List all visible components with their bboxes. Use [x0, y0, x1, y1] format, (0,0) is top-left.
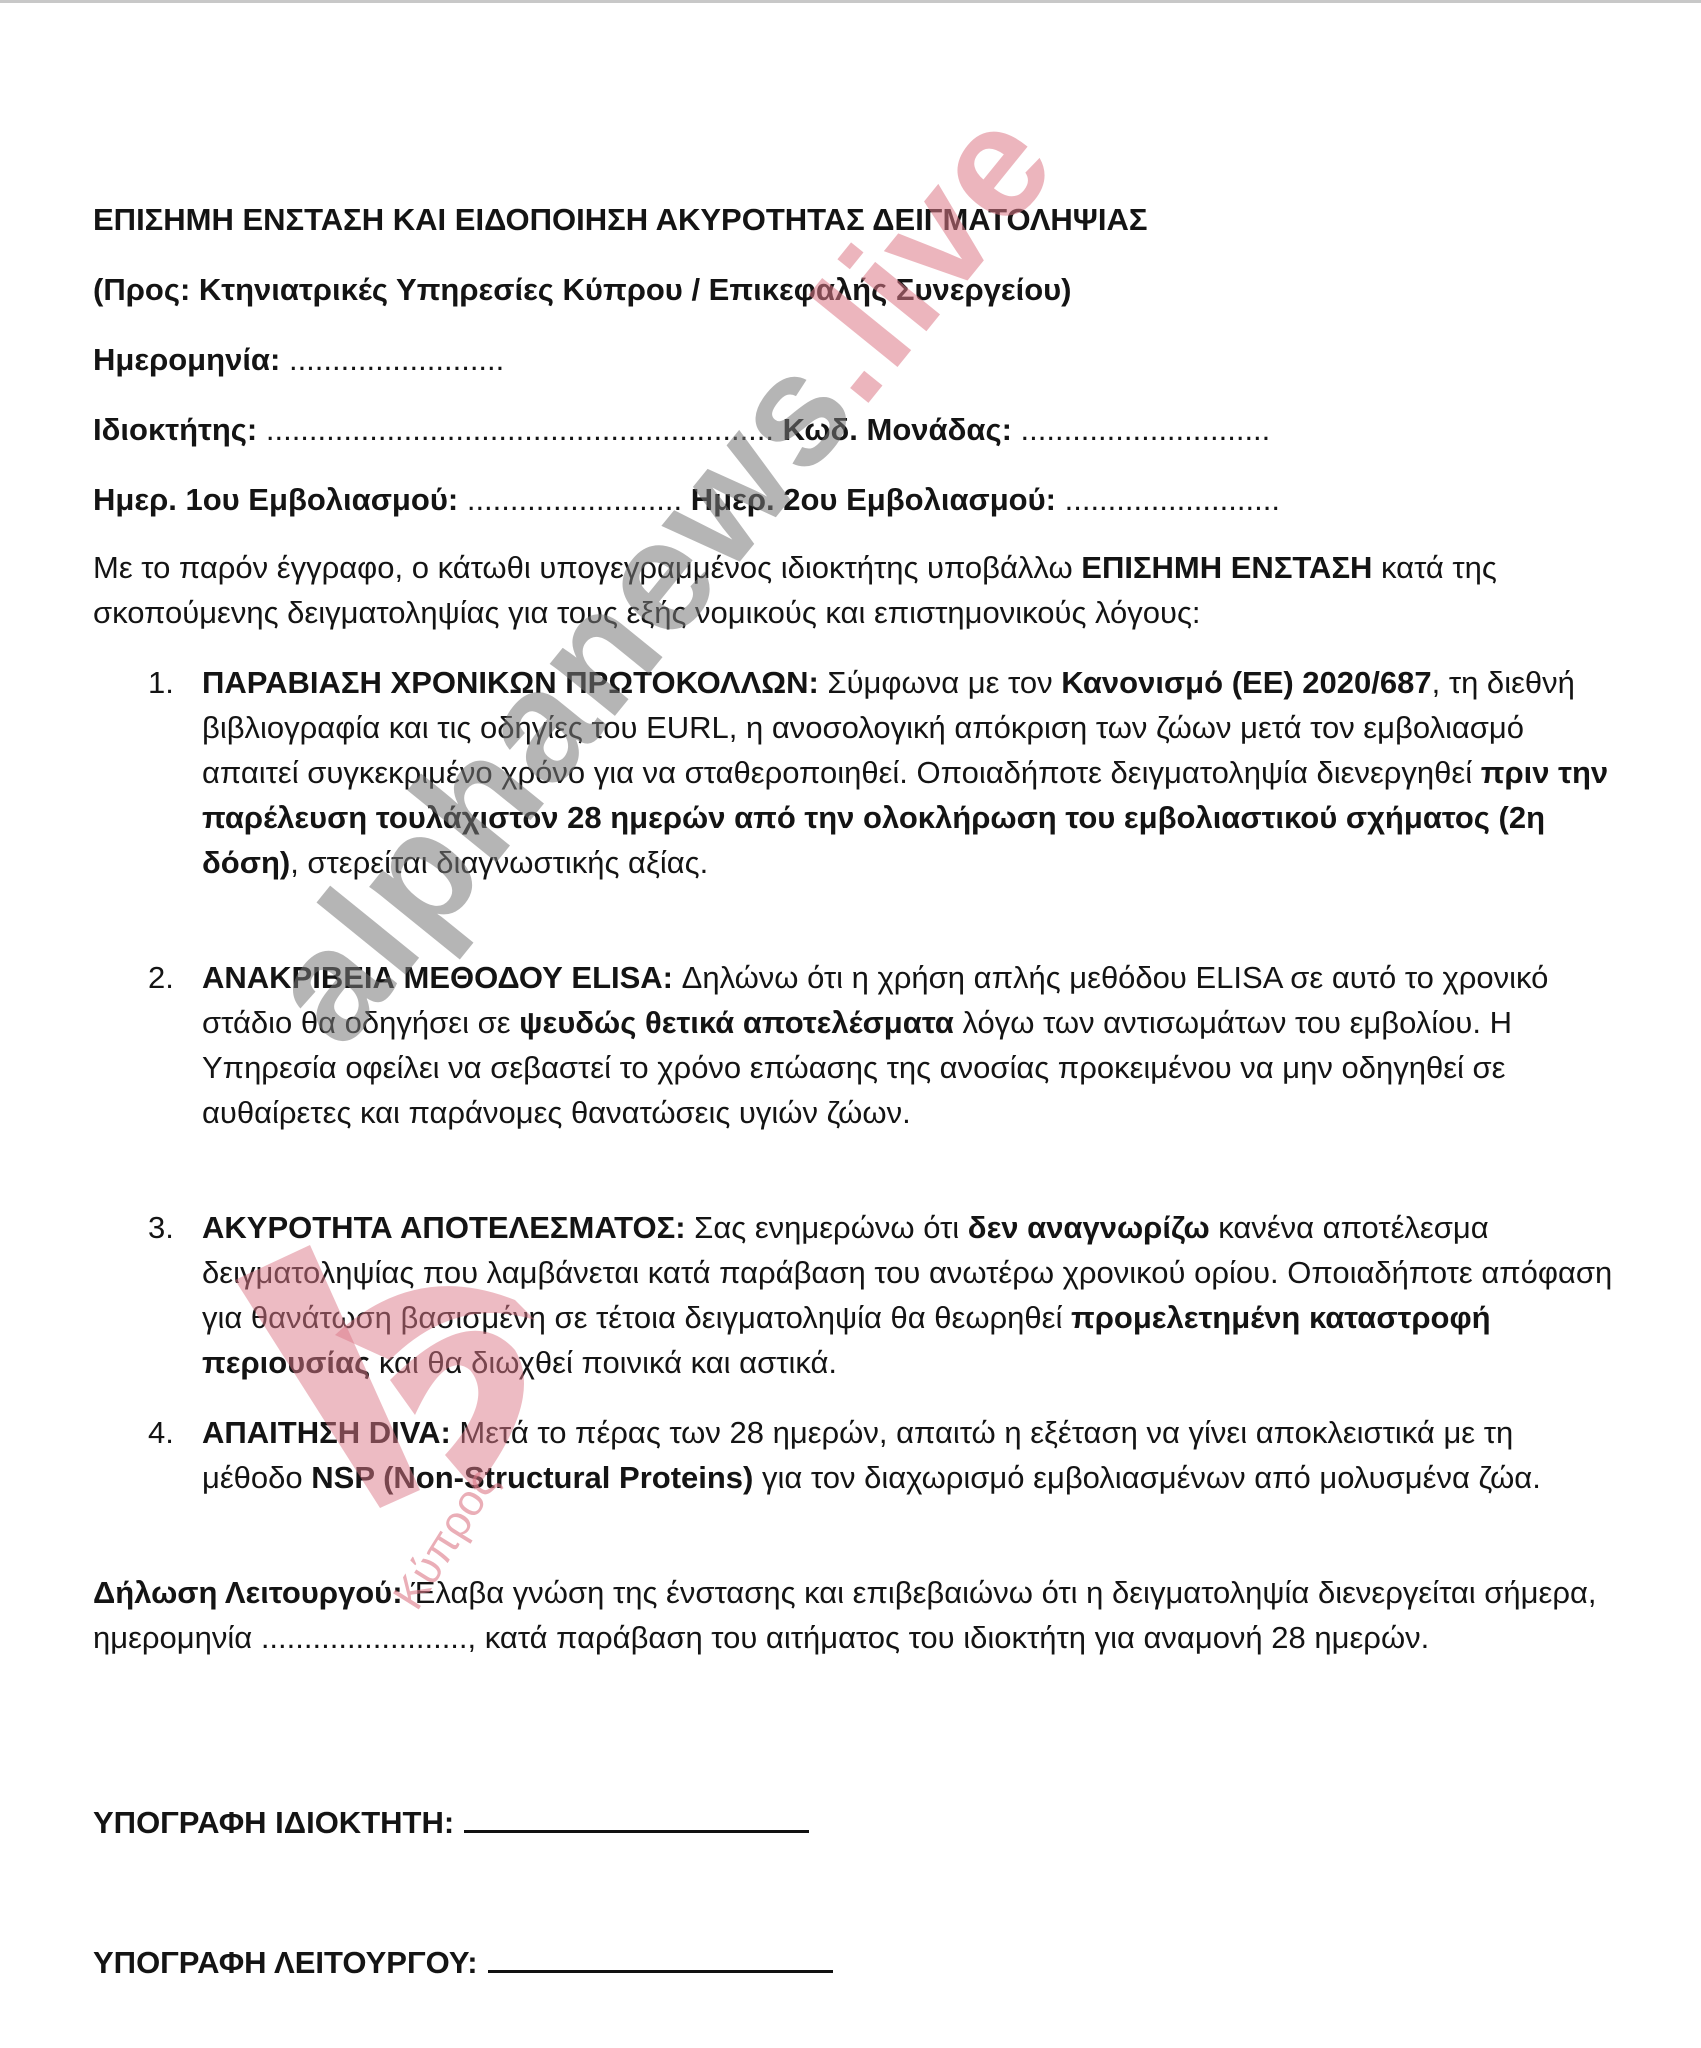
item-heading: ΑΝΑΚΡΙΒΕΙΑ ΜΕΘΟΔΟΥ ELISA:: [202, 960, 673, 995]
item-text: και θα διωχθεί ποινικά και αστικά.: [370, 1345, 837, 1380]
vacc2-value: .........................: [1065, 482, 1280, 517]
owner-value: ........................................…: [266, 412, 774, 447]
owner-unit-field: Ιδιοκτήτης: ............................…: [93, 407, 1270, 452]
list-item-4: 4. ΑΠΑΙΤΗΣΗ DIVA: Μετά το πέρας των 28 η…: [148, 1410, 1618, 1500]
intro-text: Με το παρόν έγγραφο, ο κάτωθι υπογεγραμμ…: [93, 550, 1081, 585]
officer-declaration: Δήλωση Λειτουργού: Έλαβα γνώση της ένστα…: [93, 1570, 1623, 1660]
owner-signature: ΥΠΟΓΡΑΦΗ ΙΔΙΟΚΤΗΤΗ:: [93, 1800, 809, 1845]
list-number: 2.: [148, 955, 174, 1000]
list-number: 1.: [148, 660, 174, 705]
item-text: Σας ενημερώνω ότι: [686, 1210, 968, 1245]
item-heading: ΑΚΥΡΟΤΗΤΑ ΑΠΟΤΕΛΕΣΜΑΤΟΣ:: [202, 1210, 686, 1245]
owner-signature-line[interactable]: [464, 1800, 809, 1833]
item-heading: ΠΑΡΑΒΙΑΣΗ ΧΡΟΝΙΚΩΝ ΠΡΩΤΟΚΟΛΛΩΝ:: [202, 665, 819, 700]
item-emphasis: Κανονισμό (ΕΕ) 2020/687: [1061, 665, 1431, 700]
officer-signature-label: ΥΠΟΓΡΑΦΗ ΛΕΙΤΟΥΡΓΟΥ:: [93, 1945, 478, 1980]
vacc2-label: Ημερ. 2ου Εμβολιασμού:: [691, 482, 1056, 517]
page-top-border: [0, 0, 1701, 3]
item-emphasis: δεν αναγνωρίζω: [968, 1210, 1210, 1245]
list-number: 4.: [148, 1410, 174, 1455]
officer-signature: ΥΠΟΓΡΑΦΗ ΛΕΙΤΟΥΡΓΟΥ:: [93, 1940, 833, 1985]
list-item-3: 3. ΑΚΥΡΟΤΗΤΑ ΑΠΟΤΕΛΕΣΜΑΤΟΣ: Σας ενημερών…: [148, 1205, 1618, 1385]
item-text: , στερείται διαγνωστικής αξίας.: [290, 845, 708, 880]
date-value: .........................: [289, 342, 504, 377]
vaccination-dates-field: Ημερ. 1ου Εμβολιασμού: .................…: [93, 477, 1280, 522]
list-number: 3.: [148, 1205, 174, 1250]
owner-signature-label: ΥΠΟΓΡΑΦΗ ΙΔΙΟΚΤΗΤΗ:: [93, 1805, 454, 1840]
list-item-1: 1. ΠΑΡΑΒΙΑΣΗ ΧΡΟΝΙΚΩΝ ΠΡΩΤΟΚΟΛΛΩΝ: Σύμφω…: [148, 660, 1618, 885]
unit-code-value: .............................: [1021, 412, 1271, 447]
list-item-2: 2. ΑΝΑΚΡΙΒΕΙΑ ΜΕΘΟΔΟΥ ELISA: Δηλώνω ότι …: [148, 955, 1618, 1135]
intro-emphasis: ΕΠΙΣΗΜΗ ΕΝΣΤΑΣΗ: [1081, 550, 1372, 585]
watermark-suffix: .live: [751, 75, 1088, 432]
item-emphasis: NSP (Non-Structural Proteins): [311, 1460, 753, 1495]
item-heading: ΑΠΑΙΤΗΣΗ DIVA:: [202, 1415, 451, 1450]
vacc1-label: Ημερ. 1ου Εμβολιασμού:: [93, 482, 458, 517]
recipient-line: (Προς: Κτηνιατρικές Υπηρεσίες Κύπρου / Ε…: [93, 267, 1072, 312]
item-emphasis: ψευδώς θετικά αποτελέσματα: [519, 1005, 954, 1040]
vacc1-value: .........................: [467, 482, 682, 517]
date-label: Ημερομηνία:: [93, 342, 280, 377]
document-title: ΕΠΙΣΗΜΗ ΕΝΣΤΑΣΗ ΚΑΙ ΕΙΔΟΠΟΙΗΣΗ ΑΚΥΡΟΤΗΤΑ…: [93, 197, 1147, 242]
date-field: Ημερομηνία: .........................: [93, 337, 504, 382]
officer-signature-line[interactable]: [488, 1940, 833, 1973]
intro-paragraph: Με το παρόν έγγραφο, ο κάτωθι υπογεγραμμ…: [93, 545, 1623, 635]
unit-code-label: Κωδ. Μονάδας:: [783, 412, 1012, 447]
declaration-label: Δήλωση Λειτουργού:: [93, 1575, 403, 1610]
item-text: για τον διαχωρισμό εμβολιασμένων από μολ…: [753, 1460, 1540, 1495]
owner-label: Ιδιοκτήτης:: [93, 412, 257, 447]
item-text: Σύμφωνα με τον: [819, 665, 1061, 700]
